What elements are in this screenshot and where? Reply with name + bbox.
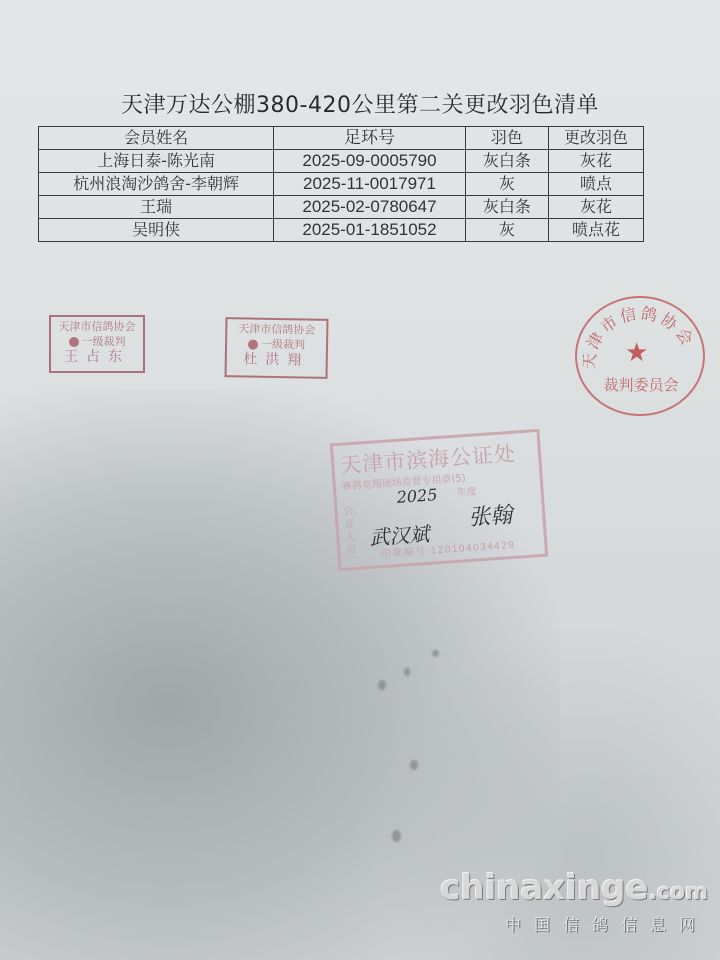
member-name: 杭州浪淘沙鸽舍-李朝辉 [39,173,274,196]
plumage: 灰 [465,219,548,242]
site-watermark: chinaxinge.com 中国信鸽信息网 [438,868,708,935]
new-plumage: 喷点 [549,173,644,196]
association-badge-icon [248,340,258,350]
referee-stamp-2: 天津市信鸽协会 一级裁判 杜洪翔 [224,317,328,379]
ring-number: 2025-01-1851052 [274,219,466,242]
ring-number: 2025-11-0017971 [274,173,466,196]
seal-bottom-text: 裁判委员会 [591,374,691,395]
plumage: 灰 [465,173,548,196]
association-seal: 天津市信鸽协会 ★ 裁判委员会 [575,296,705,416]
signature-1: 武汉斌 [368,518,430,551]
header-member-name: 会员姓名 [39,127,274,150]
smudge [432,650,439,657]
domain-suffix: .com [649,880,708,905]
header-ring-number: 足环号 [274,127,466,150]
plumage: 灰白条 [465,196,548,219]
new-plumage: 灰花 [549,150,644,173]
stamp-referee-name: 杜洪翔 [227,352,326,369]
table-row: 吴明侠 2025-01-1851052 灰 喷点花 [39,219,644,242]
notary-role-label: 公证人员 [343,505,359,558]
smudge [404,668,410,676]
header-plumage: 羽色 [465,127,548,150]
member-name: 王瑞 [39,196,274,219]
stamp-org: 天津市信鸽协会 [51,319,143,334]
stamp-level: 一级裁判 [82,335,126,348]
ring-number: 2025-09-0005790 [274,150,466,173]
table-row: 上海日泰-陈光南 2025-09-0005790 灰白条 灰花 [39,150,644,173]
plumage-change-table: 会员姓名 足环号 羽色 更改羽色 上海日泰-陈光南 2025-09-000579… [38,126,644,242]
stamp-org: 天津市信鸽协会 [227,321,326,338]
smudge [392,830,401,842]
code-value: 120104034429 [430,540,515,557]
document-title: 天津万达公棚380-420公里第二关更改羽色清单 [0,88,720,119]
table-row: 王瑞 2025-02-0780647 灰白条 灰花 [39,196,644,219]
watermark-site-name: 中国信鸽信息网 [438,912,708,935]
notary-year-label: 年度 [456,482,477,498]
referee-stamp-1: 天津市信鸽协会 一级裁判 王占东 [49,315,145,373]
header-new-plumage: 更改羽色 [549,127,644,150]
ring-number: 2025-02-0780647 [274,196,466,219]
plumage: 灰白条 [465,150,548,173]
member-name: 吴明侠 [39,219,274,242]
stamp-level: 一级裁判 [261,338,305,352]
new-plumage: 喷点花 [549,219,644,242]
smudge [378,680,386,690]
signature-2: 张翰 [467,498,513,532]
table-row: 杭州浪淘沙鸽舍-李朝辉 2025-11-0017971 灰 喷点 [39,173,644,196]
domain-main: chinaxinge [440,868,648,908]
association-badge-icon [69,337,79,347]
new-plumage: 灰花 [549,196,644,219]
member-name: 上海日泰-陈光南 [39,150,274,173]
notary-seal: 天津市滨海公证处 赛鸽竞翔现场监督专用章(5) 年度 公证人员 印章编号 120… [330,429,548,571]
handwritten-year: 2025 [396,485,438,507]
table-header-row: 会员姓名 足环号 羽色 更改羽色 [39,127,644,150]
star-icon: ★ [625,338,648,368]
smudge [410,760,418,770]
watermark-domain: chinaxinge.com [438,868,708,908]
stamp-referee-name: 王占东 [51,350,143,365]
